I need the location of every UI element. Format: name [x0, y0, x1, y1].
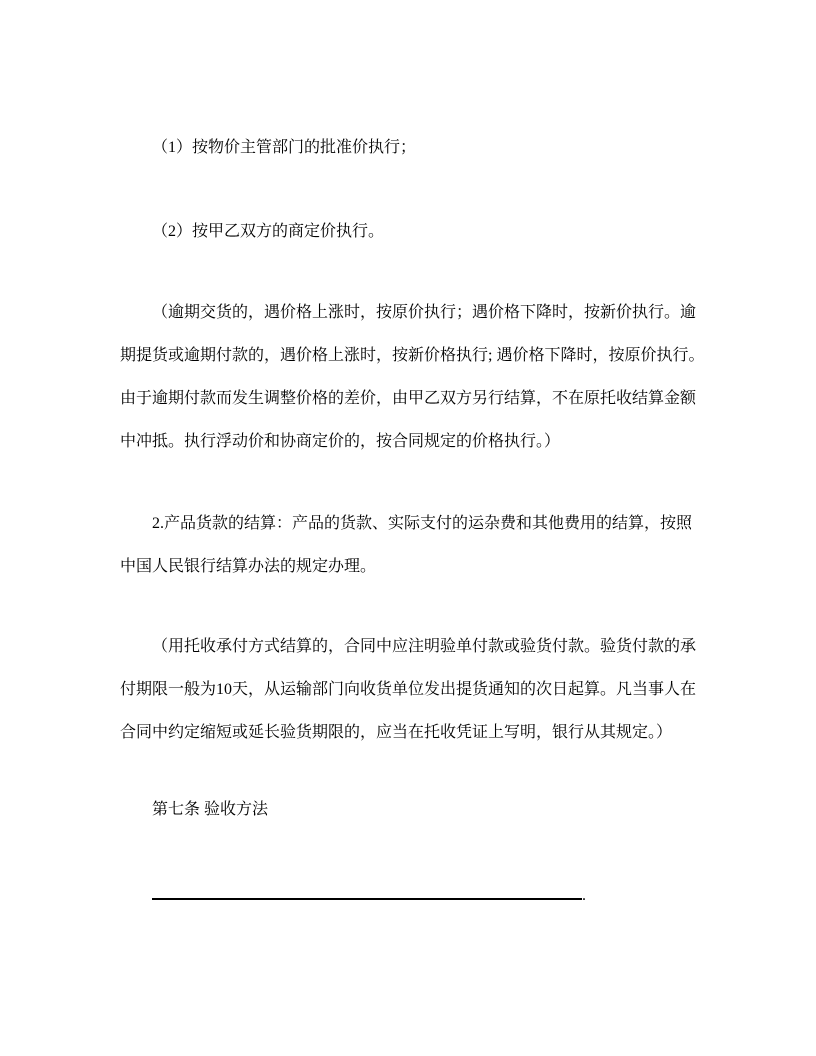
paragraph-price-item-1: （1）按物价主管部门的批准价执行； [120, 126, 720, 169]
text-line: 中国人民银行结算办法的规定办理。 [120, 545, 720, 588]
text-line: 合同中约定缩短或延长验货期限的，应当在托收凭证上写明，银行从其规定。） [120, 711, 720, 754]
text-line: （逾期交货的，遇价格上涨时，按原价执行；遇价格下降时，按新价执行。逾 [120, 291, 720, 334]
text-line: 期提货或逾期付款的，遇价格上涨时，按新价格执行; 遇价格下降时，按原价执行。 [120, 334, 720, 377]
paragraph-price-item-2: （2）按甲乙双方的商定价执行。 [120, 210, 720, 253]
heading-text-line: 第七条 验收方法 [120, 788, 720, 831]
fill-in-line-period: . [582, 887, 586, 904]
paragraph-collection-acceptance-note: （用托收承付方式结算的，合同中应注明验单付款或验货付款。验货付款的承 付期限一般… [120, 625, 720, 754]
text-line: （2）按甲乙双方的商定价执行。 [120, 210, 720, 253]
paragraph-overdue-price-note: （逾期交货的，遇价格上涨时，按原价执行；遇价格下降时，按新价执行。逾 期提货或逾… [120, 291, 720, 463]
text-line: 2.产品货款的结算：产品的货款、实际支付的运杂费和其他费用的结算，按照 [120, 502, 720, 545]
document-page: （1）按物价主管部门的批准价执行； （2）按甲乙双方的商定价执行。 （逾期交货的… [0, 0, 816, 1056]
text-line: （用托收承付方式结算的，合同中应注明验单付款或验货付款。验货付款的承 [120, 625, 720, 668]
text-line: （1）按物价主管部门的批准价执行； [120, 126, 720, 169]
text-line: 由于逾期付款而发生调整价格的差价，由甲乙双方另行结算，不在原托收结算金额 [120, 377, 720, 420]
blank-fill-line[interactable] [152, 882, 582, 900]
section-heading: 第七条 验收方法 [120, 788, 720, 831]
fill-in-line-container: . [120, 874, 720, 917]
paragraph-settlement: 2.产品货款的结算：产品的货款、实际支付的运杂费和其他费用的结算，按照 中国人民… [120, 502, 720, 588]
text-line: 中冲抵。执行浮动价和协商定价的，按合同规定的价格执行。） [120, 420, 720, 463]
fill-in-row: . [120, 874, 720, 917]
text-line: 付期限一般为10天，从运输部门向收货单位发出提货通知的次日起算。凡当事人在 [120, 668, 720, 711]
